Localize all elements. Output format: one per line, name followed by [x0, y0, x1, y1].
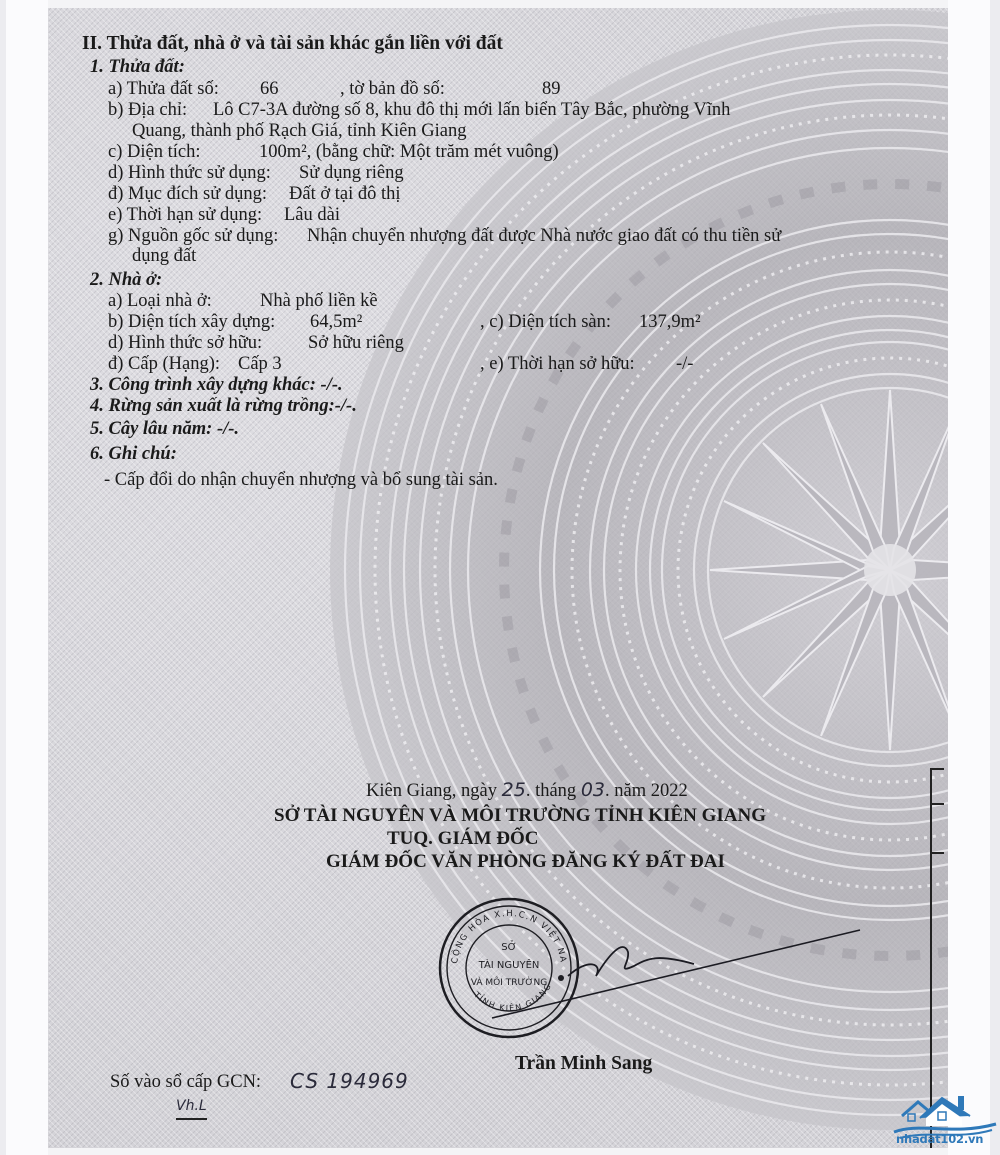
registry-label: Số vào sổ cấp GCN: — [110, 1071, 261, 1093]
registry-number: CS 194969 — [290, 1070, 409, 1092]
registry-initials: Vh.L — [176, 1095, 207, 1120]
left-margin — [0, 0, 48, 1155]
watermark-site-name: nhadat102.vn — [896, 1132, 983, 1146]
signer-name: Trần Minh Sang — [515, 1053, 652, 1075]
certificate-page: II. Thửa đất, nhà ở và tài sản khác gắn … — [48, 8, 948, 1148]
right-margin — [948, 0, 1000, 1155]
margin-tick — [930, 768, 944, 770]
margin-tick — [930, 803, 944, 805]
handwritten-signature-icon — [48, 8, 948, 1148]
margin-tick — [930, 852, 944, 854]
